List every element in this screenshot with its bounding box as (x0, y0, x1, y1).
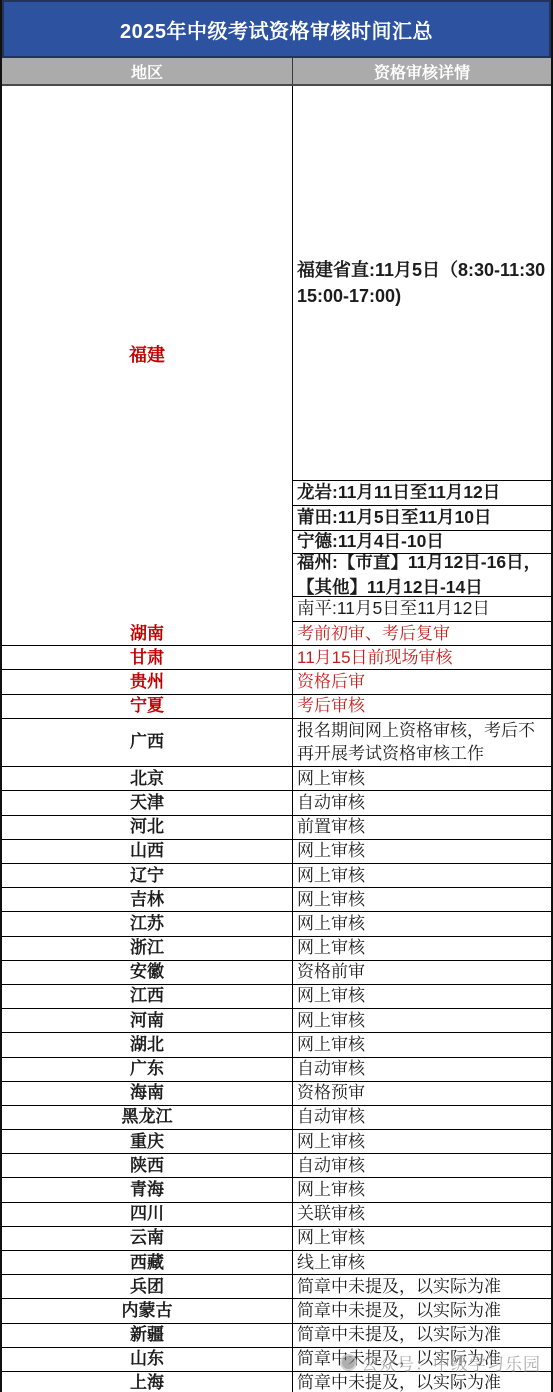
region-cell: 湖北 (2, 1033, 293, 1056)
detail-cell: 网上审核 (293, 767, 551, 790)
region-cell: 北京 (2, 767, 293, 790)
fujian-section-row: 福建 福建省直:11月5日（8:30-11:30 15:00-17:00)龙岩:… (2, 86, 551, 622)
region-cell: 内蒙古 (2, 1299, 293, 1322)
detail-cell: 网上审核 (293, 1130, 551, 1153)
table-row: 贵州资格后审 (2, 670, 551, 694)
detail-cell: 自动审核 (293, 791, 551, 814)
detail-cell: 报名期间网上资格审核，考后不再开展考试资格审核工作 (293, 719, 551, 767)
column-header-region: 地区 (2, 58, 293, 84)
table-row: 江苏网上审核 (2, 912, 551, 936)
table-row: 湖南考前初审、考后复审 (2, 622, 551, 646)
fujian-detail-row: 福建省直:11月5日（8:30-11:30 15:00-17:00) (293, 86, 551, 481)
region-cell: 山西 (2, 840, 293, 863)
region-cell: 贵州 (2, 670, 293, 693)
region-cell: 辽宁 (2, 864, 293, 887)
table-row: 重庆网上审核 (2, 1130, 551, 1154)
table-row: 内蒙古简章中未提及，以实际为准 (2, 1299, 551, 1323)
region-cell: 青海 (2, 1178, 293, 1201)
table-row: 山东简章中未提及，以实际为准 (2, 1348, 551, 1372)
detail-cell: 自动审核 (293, 1106, 551, 1129)
table-row: 甘肃11月15日前现场审核 (2, 646, 551, 670)
detail-cell: 网上审核 (293, 985, 551, 1008)
table-row: 青海网上审核 (2, 1178, 551, 1202)
detail-cell: 前置审核 (293, 816, 551, 839)
table-row: 辽宁网上审核 (2, 864, 551, 888)
region-cell-fujian: 福建 (2, 86, 293, 622)
detail-cell: 简章中未提及，以实际为准 (293, 1348, 551, 1371)
region-cell: 重庆 (2, 1130, 293, 1153)
region-cell: 浙江 (2, 937, 293, 960)
detail-cell: 网上审核 (293, 937, 551, 960)
region-cell: 宁夏 (2, 695, 293, 718)
region-cell: 江苏 (2, 912, 293, 935)
table-row: 江西网上审核 (2, 985, 551, 1009)
table-header-row: 地区 资格审核详情 (2, 58, 551, 86)
region-cell: 江西 (2, 985, 293, 1008)
region-cell: 黑龙江 (2, 1106, 293, 1129)
region-cell: 广东 (2, 1058, 293, 1081)
region-cell: 安徽 (2, 961, 293, 984)
region-cell: 湖南 (2, 622, 293, 645)
fujian-details-column: 福建省直:11月5日（8:30-11:30 15:00-17:00)龙岩:11月… (293, 86, 551, 622)
table-row: 北京网上审核 (2, 767, 551, 791)
detail-cell: 考前初审、考后复审 (293, 622, 551, 645)
detail-cell: 自动审核 (293, 1058, 551, 1081)
table-row: 山西网上审核 (2, 840, 551, 864)
region-cell: 兵团 (2, 1275, 293, 1298)
table-row: 陕西自动审核 (2, 1154, 551, 1178)
table-body: 湖南考前初审、考后复审甘肃11月15日前现场审核贵州资格后审宁夏考后审核广西报名… (2, 622, 551, 1392)
table-row: 西藏线上审核 (2, 1251, 551, 1275)
region-cell: 天津 (2, 791, 293, 814)
detail-cell: 网上审核 (293, 1009, 551, 1032)
table-row: 广东自动审核 (2, 1058, 551, 1082)
table-row: 海南资格预审 (2, 1082, 551, 1106)
region-cell: 上海 (2, 1372, 293, 1392)
detail-cell: 简章中未提及，以实际为准 (293, 1275, 551, 1298)
region-cell: 四川 (2, 1203, 293, 1226)
region-cell: 吉林 (2, 888, 293, 911)
table-row: 黑龙江自动审核 (2, 1106, 551, 1130)
detail-cell: 网上审核 (293, 840, 551, 863)
fujian-detail-row: 福州:【市直】11月12日-16日，【其他】11月12日-14日 (293, 554, 551, 597)
table-row: 广西报名期间网上资格审核，考后不再开展考试资格审核工作 (2, 719, 551, 768)
exam-review-summary-table: 2025年中级考试资格审核时间汇总 地区 资格审核详情 福建 福建省直:11月5… (0, 0, 553, 1392)
fujian-detail-row: 莆田:11月5日至11月10日 (293, 506, 551, 531)
table-row: 宁夏考后审核 (2, 695, 551, 719)
region-cell: 海南 (2, 1082, 293, 1105)
detail-cell: 简章中未提及，以实际为准 (293, 1299, 551, 1322)
table-row: 湖北网上审核 (2, 1033, 551, 1057)
region-cell: 云南 (2, 1227, 293, 1250)
table-row: 浙江网上审核 (2, 937, 551, 961)
table-row: 云南网上审核 (2, 1227, 551, 1251)
detail-cell: 网上审核 (293, 888, 551, 911)
table-row: 天津自动审核 (2, 791, 551, 815)
detail-cell: 网上审核 (293, 1178, 551, 1201)
page-title: 2025年中级考试资格审核时间汇总 (2, 0, 551, 58)
table-row: 兵团简章中未提及，以实际为准 (2, 1275, 551, 1299)
region-cell: 陕西 (2, 1154, 293, 1177)
column-header-detail: 资格审核详情 (293, 58, 551, 84)
fujian-detail-row: 龙岩:11月11日至11月12日 (293, 481, 551, 506)
detail-cell: 11月15日前现场审核 (293, 646, 551, 669)
detail-cell: 资格后审 (293, 670, 551, 693)
detail-cell: 简章中未提及，以实际为准 (293, 1372, 551, 1392)
detail-cell: 网上审核 (293, 1033, 551, 1056)
detail-cell: 资格预审 (293, 1082, 551, 1105)
region-cell: 河南 (2, 1009, 293, 1032)
detail-cell: 自动审核 (293, 1154, 551, 1177)
region-cell: 甘肃 (2, 646, 293, 669)
table-row: 河北前置审核 (2, 816, 551, 840)
detail-cell: 简章中未提及，以实际为准 (293, 1324, 551, 1347)
table-row: 上海简章中未提及，以实际为准 (2, 1372, 551, 1392)
region-cell: 广西 (2, 719, 293, 767)
detail-cell: 关联审核 (293, 1203, 551, 1226)
table-row: 新疆简章中未提及，以实际为准 (2, 1324, 551, 1348)
detail-cell: 考后审核 (293, 695, 551, 718)
detail-cell: 网上审核 (293, 864, 551, 887)
detail-cell: 网上审核 (293, 912, 551, 935)
table-row: 安徽资格前审 (2, 961, 551, 985)
region-cell: 西藏 (2, 1251, 293, 1274)
detail-cell: 线上审核 (293, 1251, 551, 1274)
fujian-detail-row: 宁德:11月4日-10日 (293, 531, 551, 554)
region-cell: 新疆 (2, 1324, 293, 1347)
detail-cell: 网上审核 (293, 1227, 551, 1250)
region-cell: 山东 (2, 1348, 293, 1371)
fujian-detail-row: 南平:11月5日至11月12日 (293, 597, 551, 622)
region-cell: 河北 (2, 816, 293, 839)
detail-cell: 资格前审 (293, 961, 551, 984)
table-row: 河南网上审核 (2, 1009, 551, 1033)
table-row: 四川关联审核 (2, 1203, 551, 1227)
table-row: 吉林网上审核 (2, 888, 551, 912)
